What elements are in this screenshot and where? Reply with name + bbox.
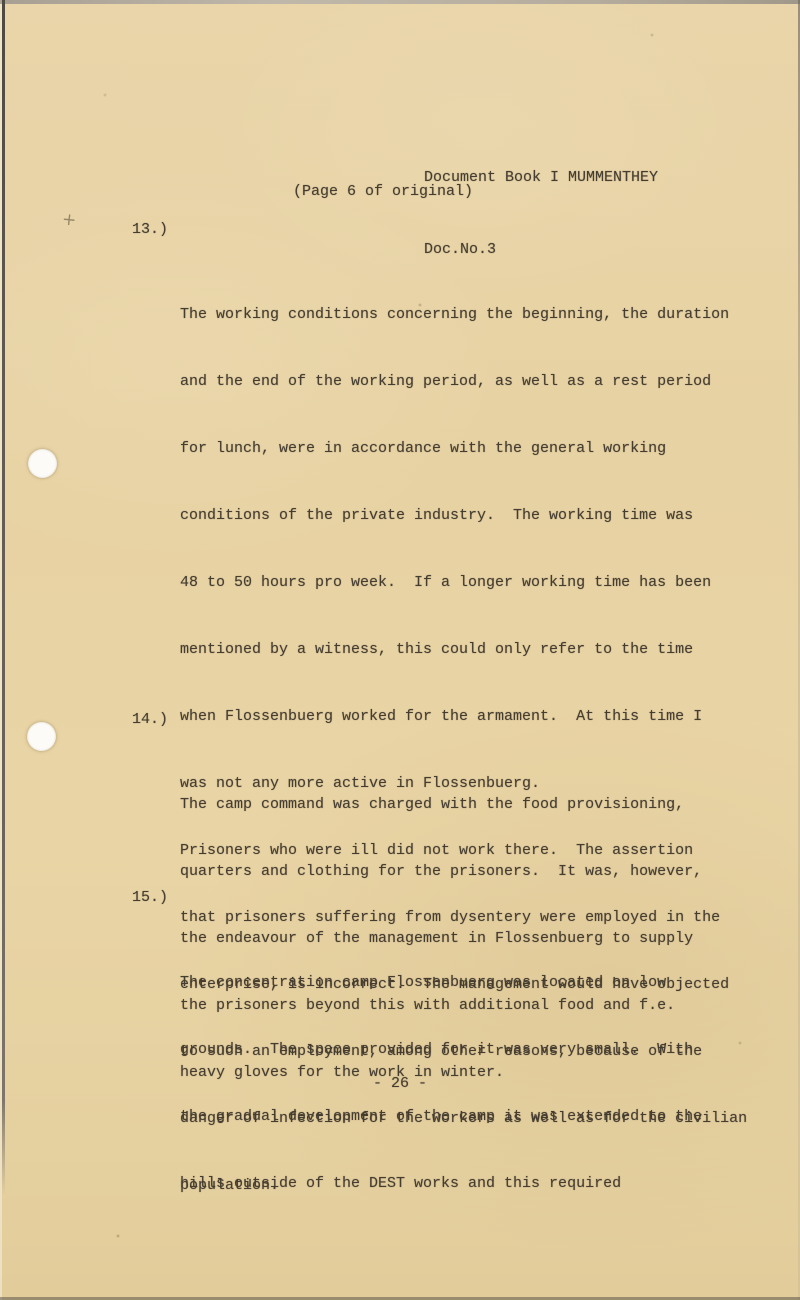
text-line: mentioned by a witness, this could only …: [180, 633, 747, 666]
text-line: grounds. The space provided for it was v…: [180, 1033, 702, 1066]
pencil-mark: +: [61, 209, 77, 230]
text-line: 48 to 50 hours pro week. If a longer wor…: [180, 566, 747, 599]
hole-punch-top: [28, 449, 57, 478]
text-line: The camp command was charged with the fo…: [180, 788, 702, 821]
paragraph-number: 15.): [132, 881, 168, 914]
text-line: the gradual development of the camp it w…: [180, 1100, 702, 1133]
page-note: (Page 6 of original): [293, 180, 473, 204]
text-line: The concentration camp Flossenbuerg was …: [180, 966, 702, 999]
text-line: for lunch, were in accordance with the g…: [180, 432, 747, 465]
document-page: + Document Book I MUMMENTHEY Doc.No.3 (P…: [0, 0, 800, 1300]
scan-edge-left: [2, 0, 5, 1195]
hole-punch-bottom: [27, 722, 56, 751]
text-line: and the end of the working period, as we…: [180, 365, 747, 398]
paragraph-number: 13.): [132, 213, 168, 246]
page-number: - 26 -: [0, 1072, 800, 1096]
text-line: hills outside of the DEST works and this…: [180, 1167, 702, 1200]
paragraph-number: 14.): [132, 703, 168, 736]
text-line: conditions of the private industry. The …: [180, 499, 747, 532]
text-line: The working conditions concerning the be…: [180, 298, 747, 331]
scan-edge-top: [0, 0, 800, 4]
